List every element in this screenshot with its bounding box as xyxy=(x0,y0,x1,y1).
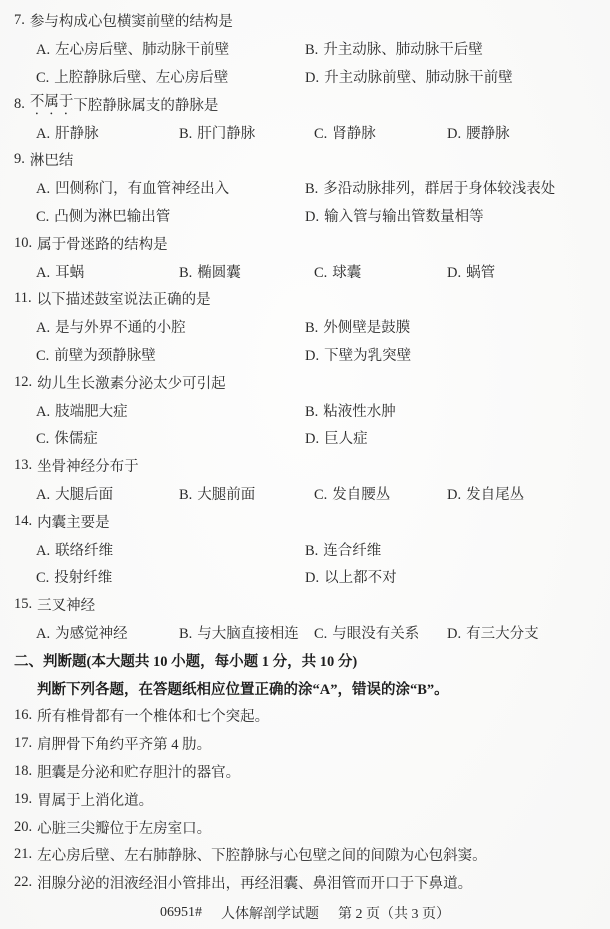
option-text: 左心房后壁、肺动脉干前壁 xyxy=(55,42,229,58)
option-text: 投射纤维 xyxy=(54,570,112,586)
question-number: 8. xyxy=(14,96,25,113)
question-stem-text: 坐骨神经分布于 xyxy=(37,455,139,476)
option-text: 升主动脉前壁、肺动脉干前壁 xyxy=(324,70,513,86)
option: D.腰静脉 xyxy=(447,122,610,143)
option-label: C. xyxy=(36,570,49,586)
tf-question-text: 胆囊是分泌和贮存胆汁的器官。 xyxy=(37,761,240,782)
question-stem: 11.以下描述鼓室说法正确的是 xyxy=(0,285,610,313)
tf-question-text: 左心房后壁、左右肺静脉、下腔静脉与心包壁之间的间隙为心包斜窦。 xyxy=(37,844,487,865)
tf-question-text: 所有椎骨都有一个椎体和七个突起。 xyxy=(37,705,269,726)
option-label: B. xyxy=(179,126,192,142)
option-text: 连合纤维 xyxy=(323,543,381,559)
option-label: A. xyxy=(36,404,50,420)
option-text: 与大脑直接相连 xyxy=(197,626,299,642)
option-text: 耳蜗 xyxy=(55,265,84,281)
option-text: 是与外界不通的小腔 xyxy=(55,320,186,336)
question-number: 9. xyxy=(14,151,25,168)
option: C.投射纤维 xyxy=(36,566,305,587)
option: D.下壁为乳突壁 xyxy=(305,344,610,365)
question-stem: 9.淋巴结 xyxy=(0,146,610,174)
section-two-heading: 二、判断题(本大题共 10 小题，每小题 1 分，共 10 分) xyxy=(0,646,610,674)
option: B.与大脑直接相连 xyxy=(179,622,314,643)
option-text: 与眼没有关系 xyxy=(332,626,419,642)
option-label: B. xyxy=(179,487,192,503)
tf-question-text: 肩胛骨下角约平齐第 4 肋。 xyxy=(37,733,211,754)
option: B.椭圆囊 xyxy=(179,261,314,282)
option-label: C. xyxy=(314,487,327,503)
option-row: A.左心房后壁、肺动脉干前壁B.升主动脉、肺动脉干后壁 xyxy=(0,35,610,63)
option-text: 发自腰丛 xyxy=(332,487,390,503)
question-stem: 10.属于骨迷路的结构是 xyxy=(0,229,610,257)
option: B.大腿前面 xyxy=(179,483,314,504)
option-label: A. xyxy=(36,487,50,503)
option-label: A. xyxy=(36,181,50,197)
multiple-choice-section: 7.参与构成心包横窦前壁的结构是A.左心房后壁、肺动脉干前壁B.升主动脉、肺动脉… xyxy=(0,7,610,646)
tf-question: 22.泪腺分泌的泪液经泪小管排出，再经泪囊、鼻泪管而开口于下鼻道。 xyxy=(0,869,610,897)
option-label: B. xyxy=(179,626,192,642)
question-number: 20. xyxy=(14,819,32,836)
question-stem: 14.内囊主要是 xyxy=(0,507,610,535)
question-number: 19. xyxy=(14,791,32,808)
option-text: 外侧壁是鼓膜 xyxy=(323,320,410,336)
question-number: 10. xyxy=(14,235,32,252)
option-row: C.侏儒症D.巨人症 xyxy=(0,424,610,452)
option-label: C. xyxy=(314,626,327,642)
option: C.凸侧为淋巴输出管 xyxy=(36,205,305,226)
option-text: 椭圆囊 xyxy=(197,265,241,281)
option-row: A.大腿后面B.大腿前面C.发自腰丛D.发自尾丛 xyxy=(0,480,610,508)
option-text: 肝静脉 xyxy=(55,126,99,142)
question-number: 7. xyxy=(14,12,25,29)
option-text: 联络纤维 xyxy=(55,543,113,559)
option-text: 肾静脉 xyxy=(332,126,376,142)
option-label: C. xyxy=(36,209,49,225)
option: D.发自尾丛 xyxy=(447,483,610,504)
option-text: 腰静脉 xyxy=(466,126,510,142)
tf-question: 16.所有椎骨都有一个椎体和七个突起。 xyxy=(0,702,610,730)
option: D.巨人症 xyxy=(305,427,610,448)
option-text: 有三大分支 xyxy=(466,626,539,642)
question-stem: 15.三叉神经 xyxy=(0,591,610,619)
option-label: D. xyxy=(305,348,319,364)
question-number: 17. xyxy=(14,735,32,752)
option-row: C.投射纤维D.以上都不对 xyxy=(0,563,610,591)
option: A.左心房后壁、肺动脉干前壁 xyxy=(36,38,305,59)
option: B.多沿动脉排列，群居于身体较浅表处 xyxy=(305,177,610,198)
option-text: 凸侧为淋巴输出管 xyxy=(54,209,170,225)
option-label: C. xyxy=(314,265,327,281)
option-text: 肢端肥大症 xyxy=(55,404,128,420)
option-text: 大腿前面 xyxy=(197,487,255,503)
option: C.侏儒症 xyxy=(36,427,305,448)
option: C.前壁为颈静脉壁 xyxy=(36,344,305,365)
option: D.蜗管 xyxy=(447,261,610,282)
question-number: 12. xyxy=(14,374,32,391)
option-label: A. xyxy=(36,42,50,58)
option: A.联络纤维 xyxy=(36,539,305,560)
option-label: D. xyxy=(305,70,319,86)
exam-code: 06951# xyxy=(160,905,202,921)
question-stem-text: 淋巴结 xyxy=(30,149,74,170)
option-text: 粘液性水肿 xyxy=(323,404,396,420)
option-label: A. xyxy=(36,543,50,559)
option-label: B. xyxy=(305,320,318,336)
option-text: 球囊 xyxy=(332,265,361,281)
question-number: 22. xyxy=(14,874,32,891)
option-label: A. xyxy=(36,126,50,142)
option-text: 肝门静脉 xyxy=(197,126,255,142)
question-stem-emphasis: 不属于 xyxy=(30,90,74,118)
section-two-instruction: 判断下列各题，在答题纸相应位置正确的涂“A”，错误的涂“B”。 xyxy=(0,674,610,702)
option: A.肝静脉 xyxy=(36,122,179,143)
true-false-section: 16.所有椎骨都有一个椎体和七个突起。17.肩胛骨下角约平齐第 4 肋。18.胆… xyxy=(0,702,610,897)
option: B.连合纤维 xyxy=(305,539,610,560)
question-stem: 12.幼儿生长激素分泌太少可引起 xyxy=(0,368,610,396)
question-stem: 7.参与构成心包横窦前壁的结构是 xyxy=(0,7,610,35)
question-number: 16. xyxy=(14,707,32,724)
option: C.上腔静脉后壁、左心房后壁 xyxy=(36,66,305,87)
option: D.输入管与输出管数量相等 xyxy=(305,205,610,226)
option: A.肢端肥大症 xyxy=(36,400,305,421)
question-stem: 13.坐骨神经分布于 xyxy=(0,452,610,480)
option-row: A.耳蜗B.椭圆囊C.球囊D.蜗管 xyxy=(0,257,610,285)
option-text: 多沿动脉排列，群居于身体较浅表处 xyxy=(323,181,555,197)
option-label: A. xyxy=(36,626,50,642)
tf-question-text: 胃属于上消化道。 xyxy=(37,789,153,810)
tf-question-text: 泪腺分泌的泪液经泪小管排出，再经泪囊、鼻泪管而开口于下鼻道。 xyxy=(37,872,472,893)
option-label: B. xyxy=(305,42,318,58)
option: D.升主动脉前壁、肺动脉干前壁 xyxy=(305,66,610,87)
option-row: C.前壁为颈静脉壁D.下壁为乳突壁 xyxy=(0,341,610,369)
option: D.以上都不对 xyxy=(305,566,610,587)
option-text: 前壁为颈静脉壁 xyxy=(54,348,156,364)
option: C.球囊 xyxy=(314,261,447,282)
option-text: 大腿后面 xyxy=(55,487,113,503)
option-label: B. xyxy=(305,181,318,197)
option-row: A.肢端肥大症B.粘液性水肿 xyxy=(0,396,610,424)
tf-question: 20.心脏三尖瓣位于左房室口。 xyxy=(0,813,610,841)
option: D.有三大分支 xyxy=(447,622,610,643)
option-text: 为感觉神经 xyxy=(55,626,128,642)
question-stem-text: 内囊主要是 xyxy=(37,511,110,532)
option: B.外侧壁是鼓膜 xyxy=(305,316,610,337)
option-label: C. xyxy=(36,348,49,364)
option-label: D. xyxy=(447,126,461,142)
option-text: 侏儒症 xyxy=(54,431,98,447)
option: B.粘液性水肿 xyxy=(305,400,610,421)
page-footer: 06951# 人体解剖学试题 第 2 页（共 3 页） xyxy=(0,900,610,928)
option-text: 输入管与输出管数量相等 xyxy=(324,209,484,225)
option-text: 巨人症 xyxy=(324,431,368,447)
option-row: A.是与外界不通的小腔B.外侧壁是鼓膜 xyxy=(0,313,610,341)
option-row: A.联络纤维B.连合纤维 xyxy=(0,535,610,563)
question-number: 14. xyxy=(14,513,32,530)
option: A.是与外界不通的小腔 xyxy=(36,316,305,337)
option-text: 蜗管 xyxy=(466,265,495,281)
option-text: 下壁为乳突壁 xyxy=(324,348,411,364)
option-label: D. xyxy=(447,626,461,642)
option: A.耳蜗 xyxy=(36,261,179,282)
option-row: A.肝静脉B.肝门静脉C.肾静脉D.腰静脉 xyxy=(0,118,610,146)
tf-question: 19.胃属于上消化道。 xyxy=(0,785,610,813)
tf-question-text: 心脏三尖瓣位于左房室口。 xyxy=(37,817,211,838)
question-number: 15. xyxy=(14,596,32,613)
option: C.发自腰丛 xyxy=(314,483,447,504)
option-text: 发自尾丛 xyxy=(466,487,524,503)
question-stem-text: 下腔静脉属支的静脉是 xyxy=(73,94,218,115)
option: A.凹侧称门，有血管神经出入 xyxy=(36,177,305,198)
option-text: 凹侧称门，有血管神经出入 xyxy=(55,181,229,197)
question-number: 21. xyxy=(14,846,32,863)
question-stem-text: 幼儿生长激素分泌太少可引起 xyxy=(37,372,226,393)
option-label: D. xyxy=(305,570,319,586)
question-number: 13. xyxy=(14,457,32,474)
option-label: B. xyxy=(305,404,318,420)
option: C.与眼没有关系 xyxy=(314,622,447,643)
question-stem-text: 属于骨迷路的结构是 xyxy=(37,233,168,254)
option-row: A.凹侧称门，有血管神经出入B.多沿动脉排列，群居于身体较浅表处 xyxy=(0,174,610,202)
option: C.肾静脉 xyxy=(314,122,447,143)
page-number: 第 2 页（共 3 页） xyxy=(338,903,450,923)
judgement-section-header: 二、判断题(本大题共 10 小题，每小题 1 分，共 10 分) 判断下列各题，… xyxy=(0,646,610,702)
option-text: 上腔静脉后壁、左心房后壁 xyxy=(54,70,228,86)
option-label: C. xyxy=(36,431,49,447)
question-stem-text: 参与构成心包横窦前壁的结构是 xyxy=(30,10,233,31)
question-number: 18. xyxy=(14,763,32,780)
tf-question: 21.左心房后壁、左右肺静脉、下腔静脉与心包壁之间的间隙为心包斜窦。 xyxy=(0,841,610,869)
exam-title: 人体解剖学试题 xyxy=(221,903,319,923)
exam-paper-page: 7.参与构成心包横窦前壁的结构是A.左心房后壁、肺动脉干前壁B.升主动脉、肺动脉… xyxy=(0,0,610,929)
option-text: 升主动脉、肺动脉干后壁 xyxy=(323,42,483,58)
option: A.为感觉神经 xyxy=(36,622,179,643)
option-label: D. xyxy=(305,431,319,447)
option: A.大腿后面 xyxy=(36,483,179,504)
option-label: B. xyxy=(305,543,318,559)
option-label: A. xyxy=(36,265,50,281)
option-label: D. xyxy=(447,487,461,503)
option-label: D. xyxy=(447,265,461,281)
option-label: C. xyxy=(36,70,49,86)
question-stem-text: 以下描述鼓室说法正确的是 xyxy=(37,288,211,309)
option-label: A. xyxy=(36,320,50,336)
option-row: C.凸侧为淋巴输出管D.输入管与输出管数量相等 xyxy=(0,202,610,230)
option-label: B. xyxy=(179,265,192,281)
tf-question: 17.肩胛骨下角约平齐第 4 肋。 xyxy=(0,730,610,758)
question-number: 11. xyxy=(14,290,32,307)
option-row: C.上腔静脉后壁、左心房后壁D.升主动脉前壁、肺动脉干前壁 xyxy=(0,63,610,91)
option: B.肝门静脉 xyxy=(179,122,314,143)
question-stem: 8.不属于下腔静脉属支的静脉是 xyxy=(0,90,610,118)
tf-question: 18.胆囊是分泌和贮存胆汁的器官。 xyxy=(0,758,610,786)
question-stem-text: 三叉神经 xyxy=(37,594,95,615)
option-label: C. xyxy=(314,126,327,142)
option-text: 以上都不对 xyxy=(324,570,397,586)
option: B.升主动脉、肺动脉干后壁 xyxy=(305,38,610,59)
option-label: D. xyxy=(305,209,319,225)
option-row: A.为感觉神经B.与大脑直接相连C.与眼没有关系D.有三大分支 xyxy=(0,619,610,647)
